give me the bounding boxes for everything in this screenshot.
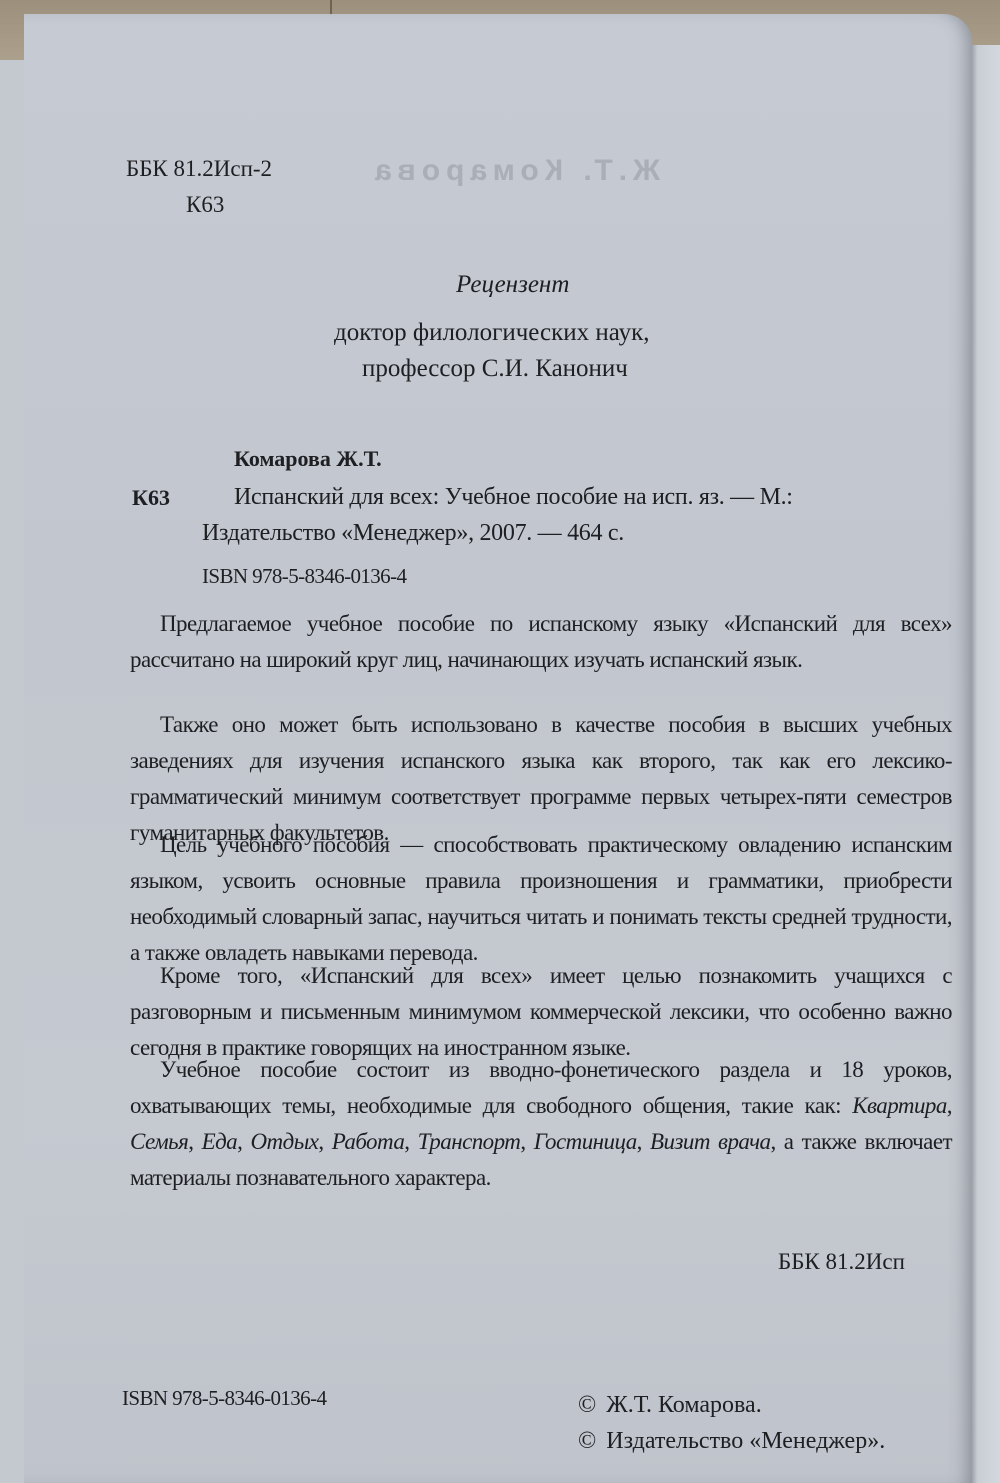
author-mark-top: К63	[186, 193, 224, 216]
reviewer-name: профессор С.И. Канонич	[362, 356, 628, 381]
topic-apartment: Квартира	[852, 1093, 947, 1118]
topic-food: Еда	[202, 1129, 238, 1154]
reviewer-label: Рецензент	[456, 272, 569, 297]
reviewer-title: доктор филологических наук,	[334, 320, 649, 345]
catalog-isbn: ISBN 978-5-8346-0136-4	[202, 566, 406, 587]
annotation-paragraph-3: Цель учебного пособия — способствовать п…	[130, 827, 952, 971]
facing-page-edge	[970, 45, 1000, 1483]
bbk-code-top: ББК 81.2Исп-2	[126, 157, 272, 180]
isbn-bottom: ISBN 978-5-8346-0136-4	[122, 1388, 326, 1409]
copyright-publisher-text: Издательство «Менеджер».	[606, 1428, 885, 1454]
bbk-code-bottom: ББК 81.2Исп	[778, 1250, 905, 1273]
catalog-author: Комарова Ж.Т.	[234, 448, 382, 470]
copyright-author: ©Ж.Т. Комарова.	[578, 1393, 762, 1417]
topic-doctor-visit: Визит врача	[650, 1129, 770, 1154]
copyright-publisher: ©Издательство «Менеджер».	[578, 1429, 885, 1453]
underlying-page-edge	[0, 60, 24, 1483]
catalog-class-code: К63	[132, 487, 170, 509]
topic-family: Семья	[130, 1129, 188, 1154]
catalog-title-line: Испанский для всех: Учебное пособие на и…	[234, 485, 793, 509]
show-through-title: Ж.Т. Комарова	[369, 154, 660, 188]
paragraph-5-intro: Учебное пособие состоит из вводно-фонети…	[130, 1057, 952, 1118]
copyright-icon: ©	[578, 1393, 596, 1417]
copyright-author-text: Ж.Т. Комарова.	[606, 1392, 761, 1418]
topic-hotel: Гостиница	[534, 1129, 637, 1154]
topic-transport: Транспорт	[418, 1129, 521, 1154]
topic-leisure: Отдых	[251, 1129, 319, 1154]
annotation-paragraph-1: Предлагаемое учебное пособие по испанско…	[130, 606, 952, 678]
copyright-icon: ©	[578, 1429, 596, 1453]
annotation-paragraph-4: Кроме того, «Испанский для всех» имеет ц…	[130, 958, 952, 1066]
annotation-paragraph-5: Учебное пособие состоит из вводно-фонети…	[130, 1052, 952, 1196]
catalog-publisher-line: Издательство «Менеджер», 2007. — 464 с.	[202, 521, 624, 545]
topic-work: Работа	[332, 1129, 405, 1154]
